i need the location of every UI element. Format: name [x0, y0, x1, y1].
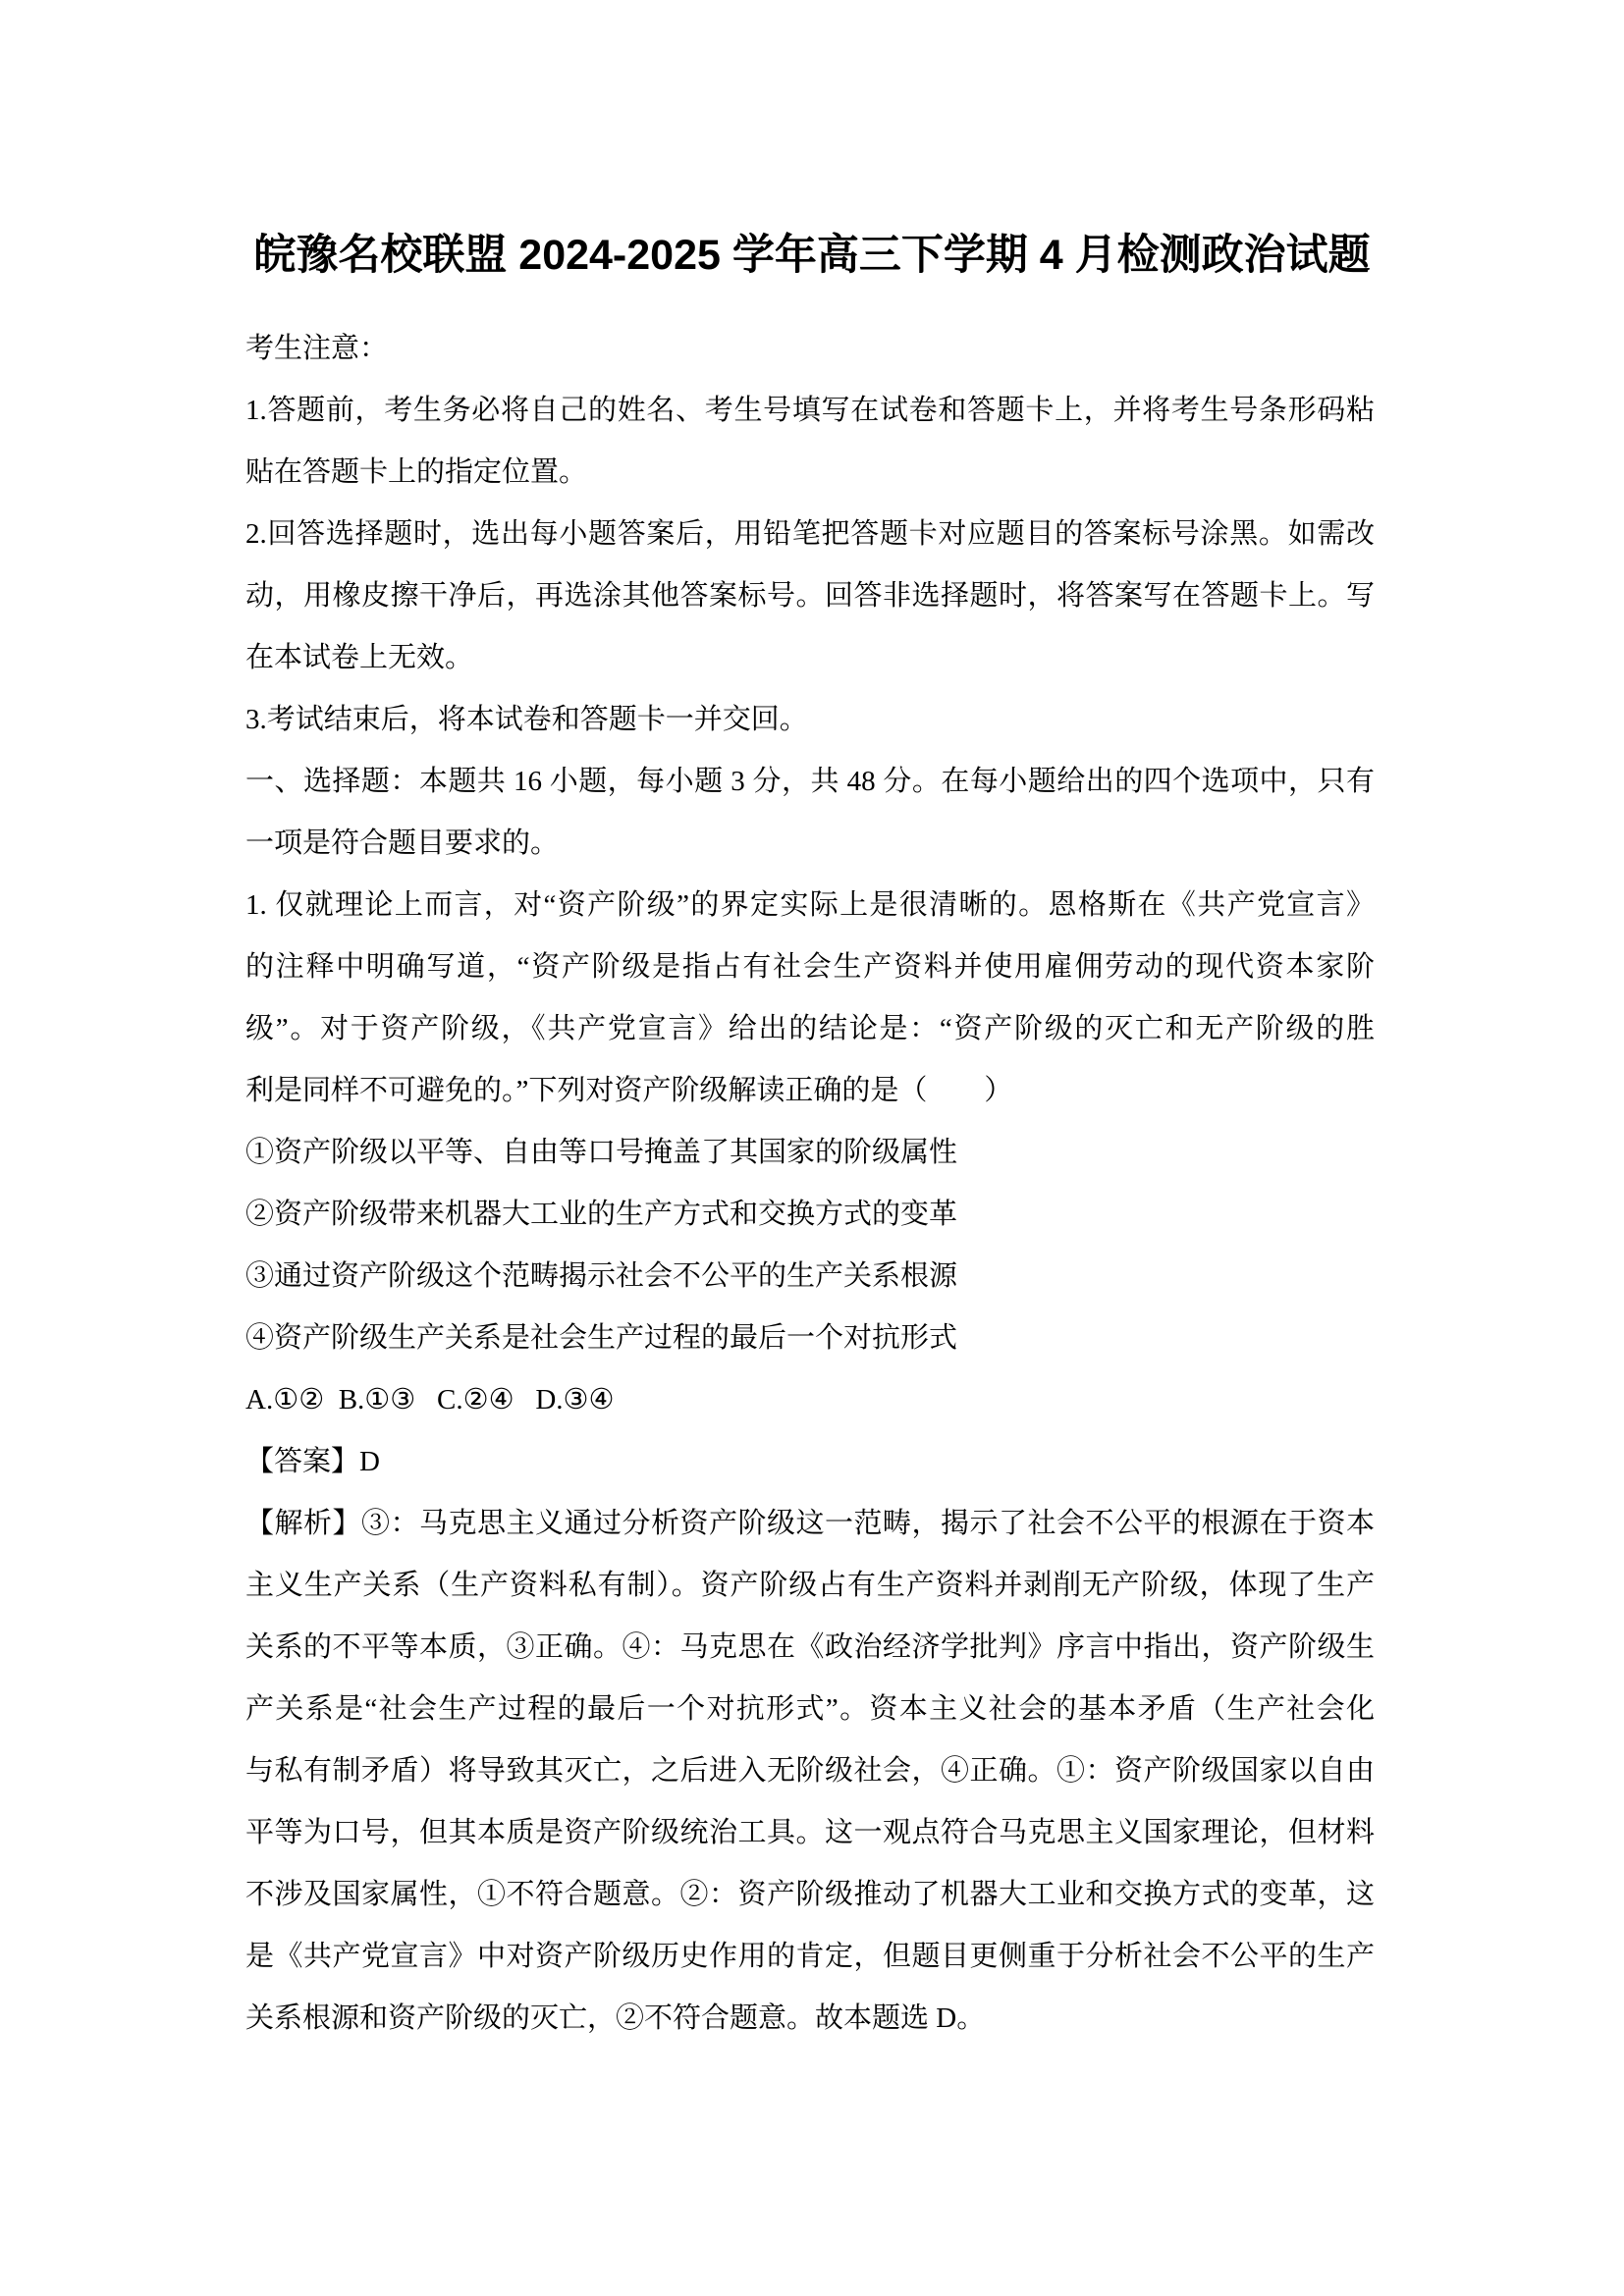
text-line: 关系根源和资产阶级的灭亡，②不符合题意。故本题选 D。	[245, 1988, 1375, 2050]
text-line: 3.考试结束后，将本试卷和答题卡一并交回。	[245, 689, 1375, 751]
text-line: 产关系是“社会生产过程的最后一个对抗形式”。资本主义社会的基本矛盾（生产社会化	[245, 1679, 1375, 1740]
text-line: ③通过资产阶级这个范畴揭示社会不公平的生产关系根源	[245, 1246, 1375, 1308]
text-line: 一、选择题：本题共 16 小题，每小题 3 分，共 48 分。在每小题给出的四个…	[245, 751, 1375, 813]
text-line: 与私有制矛盾）将导致其灭亡，之后进入无阶级社会，④正确。①：资产阶级国家以自由	[245, 1740, 1375, 1802]
exam-paper-page: 皖豫名校联盟 2024-2025 学年高三下学期 4 月检测政治试题 考生注意：…	[0, 0, 1624, 2296]
text-line: 考生注意：	[245, 318, 1375, 380]
text-line: ④资产阶级生产关系是社会生产过程的最后一个对抗形式	[245, 1308, 1375, 1369]
text-line: 一项是符合题目要求的。	[245, 813, 1375, 875]
text-line: 平等为口号，但其本质是资产阶级统治工具。这一观点符合马克思主义国家理论，但材料	[245, 1802, 1375, 1864]
text-line: 【解析】③：马克思主义通过分析资产阶级这一范畴，揭示了社会不公平的根源在于资本	[245, 1493, 1375, 1555]
text-line: 1. 仅就理论上而言，对“资产阶级”的界定实际上是很清晰的。恩格斯在《共产党宣言…	[245, 875, 1375, 936]
text-line: 贴在答题卡上的指定位置。	[245, 442, 1375, 504]
document-title: 皖豫名校联盟 2024-2025 学年高三下学期 4 月检测政治试题	[0, 230, 1624, 281]
text-line: 利是同样不可避免的。”下列对资产阶级解读正确的是（ ）	[245, 1060, 1375, 1122]
document-body: 考生注意：1.答题前，考生务必将自己的姓名、考生号填写在试卷和答题卡上，并将考生…	[245, 318, 1375, 2050]
text-line: 是《共产党宣言》中对资产阶级历史作用的肯定，但题目更侧重于分析社会不公平的生产	[245, 1926, 1375, 1988]
text-line: 级”。对于资产阶级，《共产党宣言》给出的结论是：“资产阶级的灭亡和无产阶级的胜	[245, 998, 1375, 1060]
text-line: 主义生产关系（生产资料私有制）。资产阶级占有生产资料并剥削无产阶级，体现了生产	[245, 1555, 1375, 1617]
text-line: 的注释中明确写道，“资产阶级是指占有社会生产资料并使用雇佣劳动的现代资本家阶	[245, 936, 1375, 998]
text-line: 在本试卷上无效。	[245, 627, 1375, 689]
text-line: A.①② B.①③ C.②④ D.③④	[245, 1369, 1375, 1431]
text-line: 关系的不平等本质，③正确。④：马克思在《政治经济学批判》序言中指出，资产阶级生	[245, 1617, 1375, 1679]
text-line: 【答案】D	[245, 1431, 1375, 1493]
text-line: 动，用橡皮擦干净后，再选涂其他答案标号。回答非选择题时，将答案写在答题卡上。写	[245, 565, 1375, 627]
text-line: ②资产阶级带来机器大工业的生产方式和交换方式的变革	[245, 1184, 1375, 1246]
text-line: 不涉及国家属性，①不符合题意。②：资产阶级推动了机器大工业和交换方式的变革，这	[245, 1864, 1375, 1926]
text-line: 1.答题前，考生务必将自己的姓名、考生号填写在试卷和答题卡上，并将考生号条形码粘	[245, 380, 1375, 442]
text-line: ①资产阶级以平等、自由等口号掩盖了其国家的阶级属性	[245, 1122, 1375, 1184]
text-line: 2.回答选择题时，选出每小题答案后，用铅笔把答题卡对应题目的答案标号涂黑。如需改	[245, 504, 1375, 565]
